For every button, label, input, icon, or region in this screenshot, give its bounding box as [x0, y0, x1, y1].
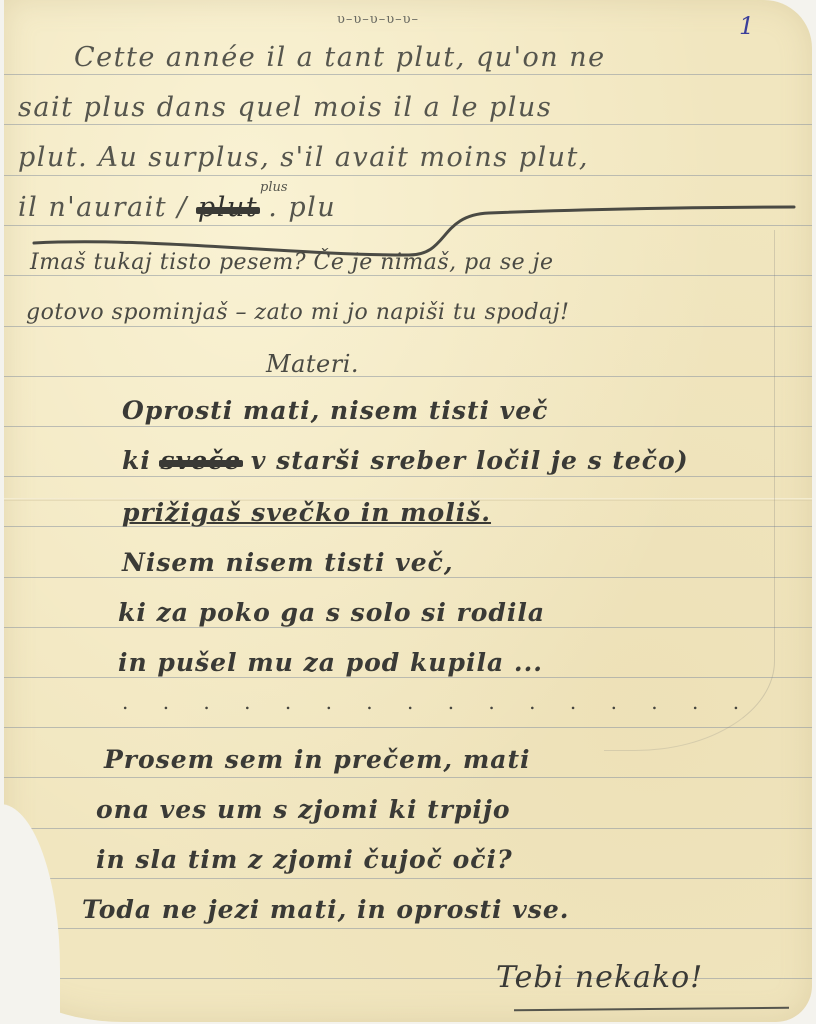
french-line-3: plut. Au surplus, s'il avait moins plut, [18, 142, 589, 173]
ruled-line [4, 928, 812, 929]
paper-sheet: υ–υ–υ–υ–υ– 1 Cette année il a tant plut,… [4, 0, 812, 1022]
ruled-line [4, 777, 812, 778]
poem-line-7: Prosem sem in prečem, mati [104, 745, 531, 774]
french-line-1: Cette année il a tant plut, qu'on ne [74, 42, 606, 73]
poem-line-6: in pušel mu za pod kupila ... [118, 648, 543, 677]
signature-underline [514, 1007, 789, 1011]
inserted-word-above: plus [260, 180, 288, 195]
bleed-through-pencil-outline [604, 230, 775, 751]
dotted-line: . . . . . . . . . . . . . . . . [122, 690, 753, 714]
meter-marks: υ–υ–υ–υ–υ– [337, 12, 419, 27]
ruled-line [4, 175, 812, 176]
poem-line-2: ki sveče v starši sreber ločil je s tečo… [122, 446, 689, 475]
slovene-line-2: gotovo spominjaš – zato mi jo napiši tu … [26, 300, 569, 325]
poem-crossed-out-word: sveče [161, 446, 242, 475]
poem-line-9: in sla tim z zjomi čujoč oči? [96, 845, 513, 874]
ruled-line [4, 124, 812, 125]
poem-line-10: Toda ne jezi mati, in oprosti vse. [82, 895, 569, 924]
ruled-line [4, 828, 812, 829]
poem-line-3: prižigaš svečko in moliš. [122, 498, 491, 527]
poem-line-2-start: ki [122, 446, 151, 475]
poem-line-8: ona ves um s zjomi ki trpijo [96, 795, 511, 824]
poem-line-5: ki za poko ga s solo si rodila [118, 598, 545, 627]
poem-title: Materi. [266, 350, 359, 378]
page-number: 1 [739, 12, 755, 40]
ruled-line [4, 74, 812, 75]
poem-line-2-end: v starši sreber ločil je s tečo) [251, 446, 689, 475]
signature: Tebi nekako! [496, 960, 703, 995]
slovene-line-1: Imaš tukaj tisto pesem? Če je nimaš, pa … [30, 250, 554, 275]
poem-line-1: Oprosti mati, nisem tisti več [122, 396, 548, 425]
ruled-line [4, 878, 812, 879]
french-line-2: sait plus dans quel mois il a le plus [18, 92, 552, 123]
poem-line-4: Nisem nisem tisti več, [122, 548, 454, 577]
